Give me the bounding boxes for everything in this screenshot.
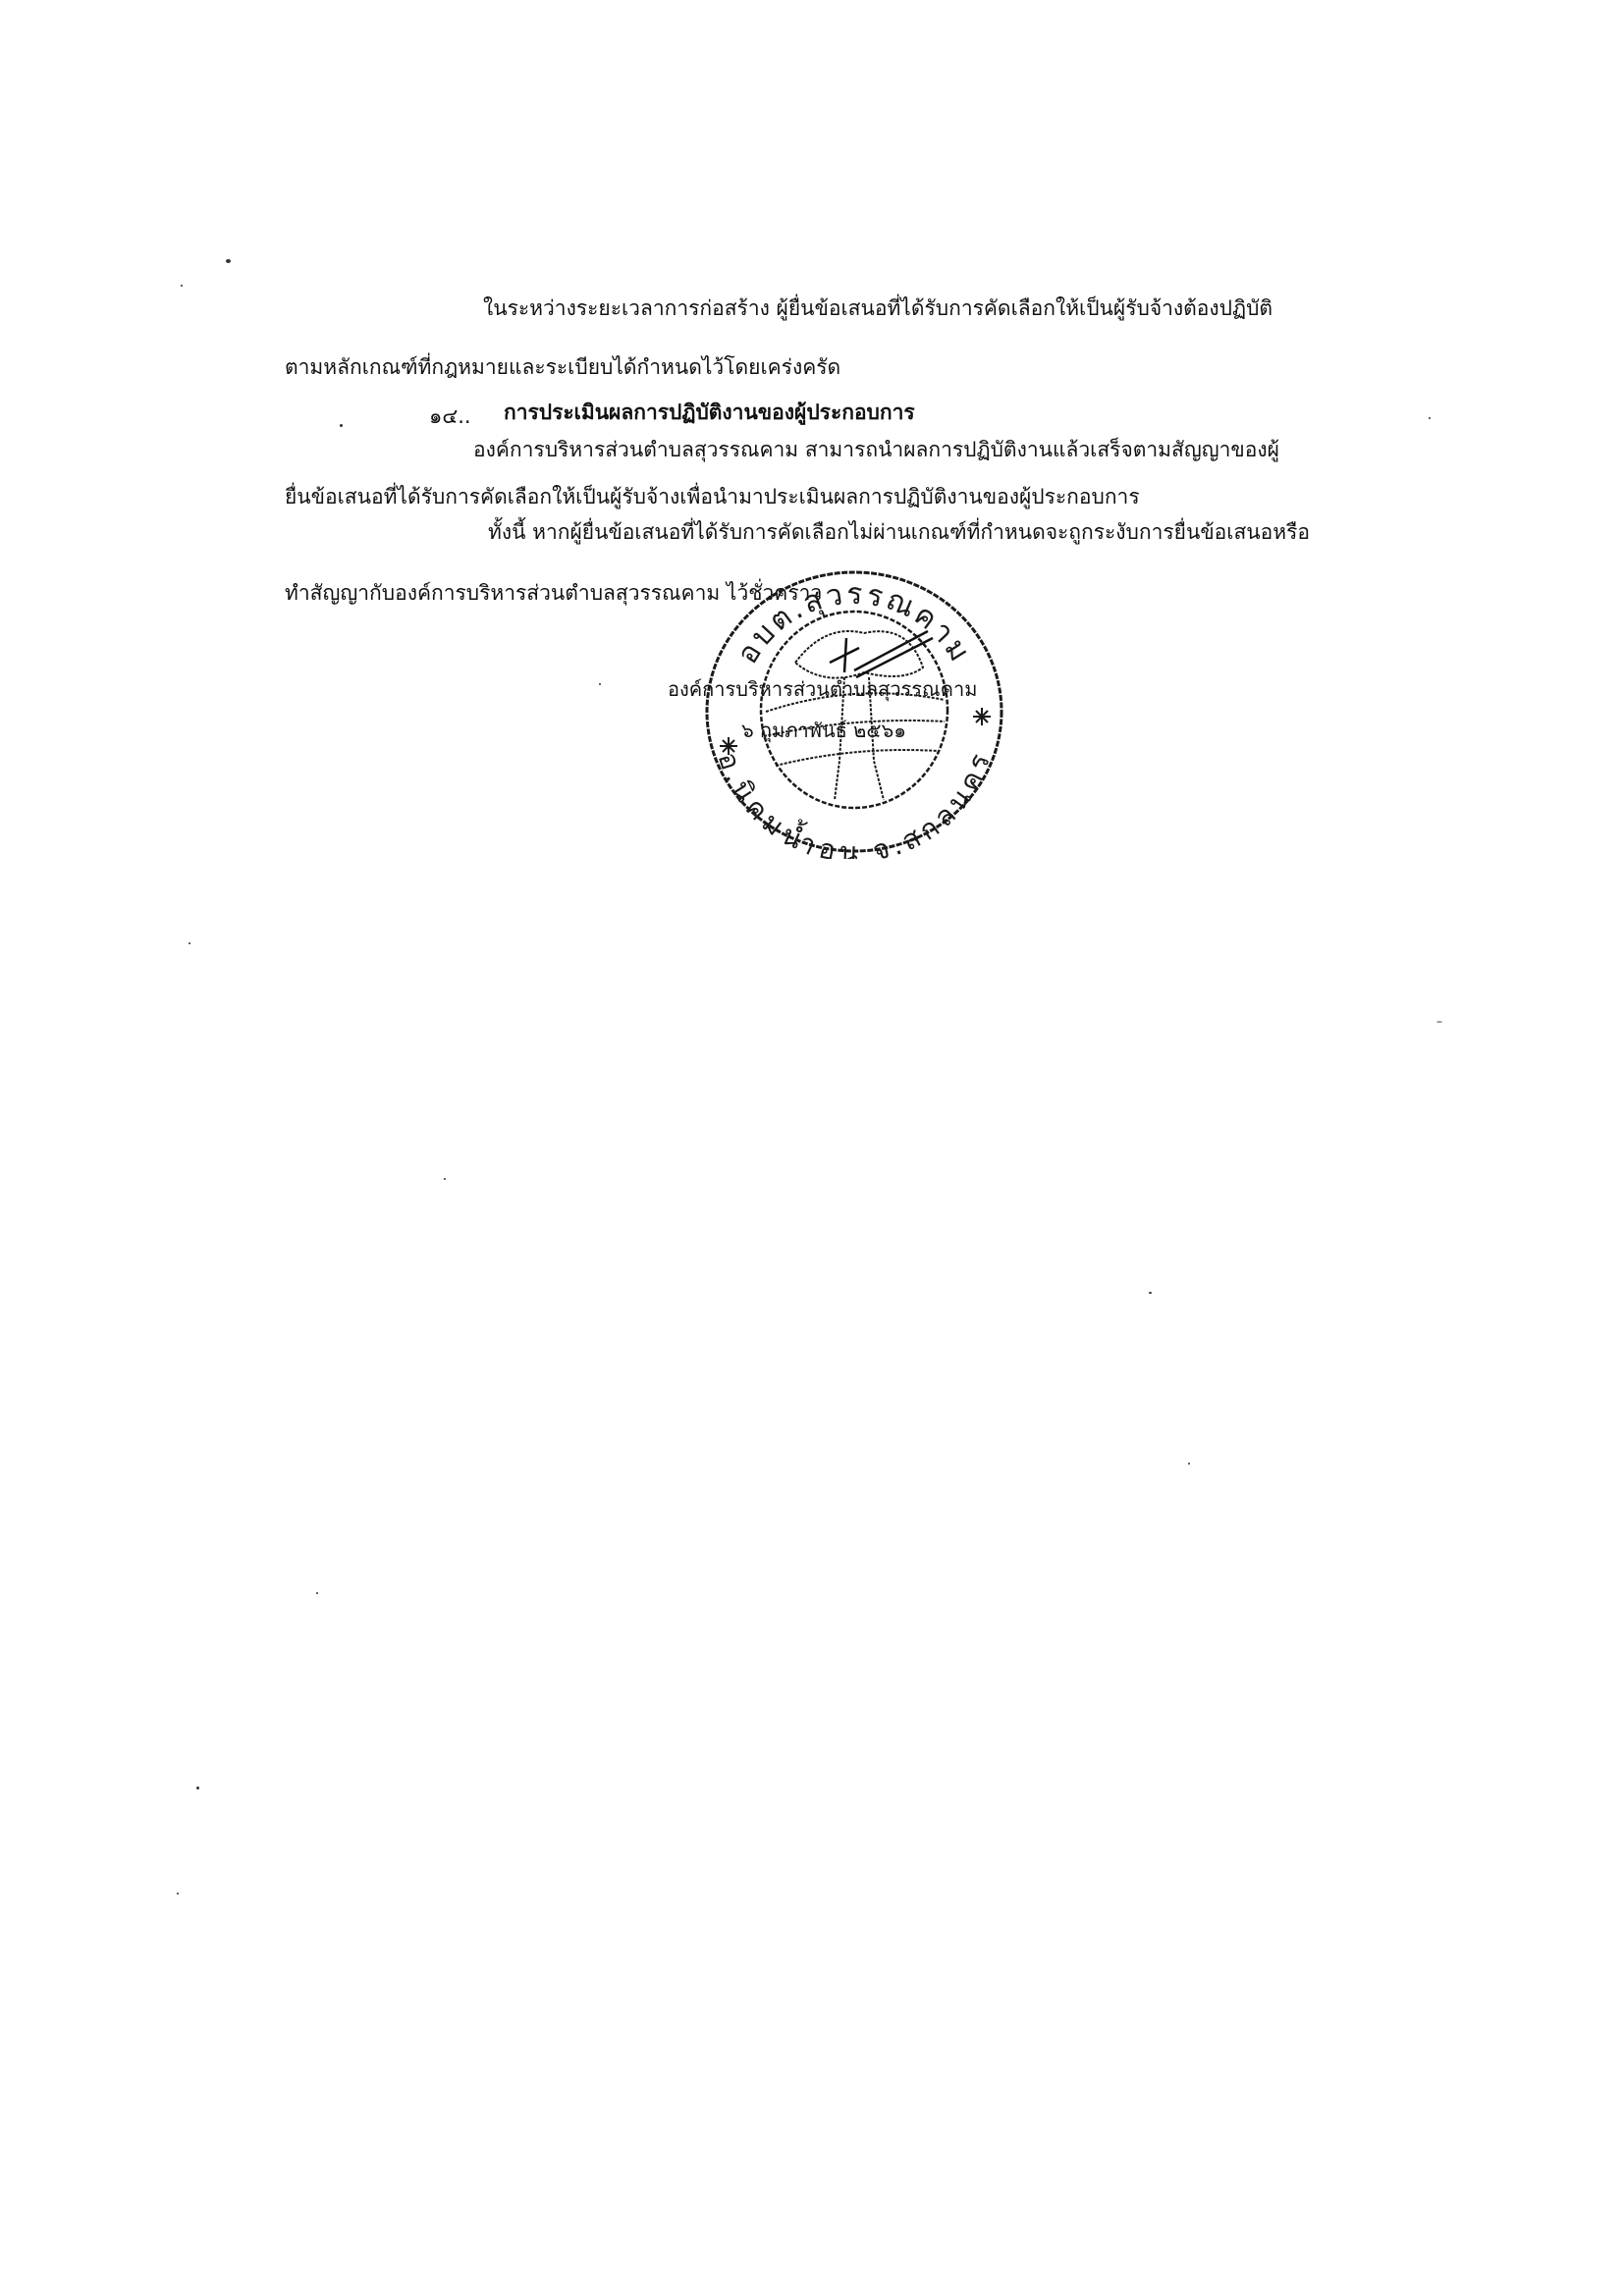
signature-organization: องค์การบริหารส่วนตำบลสุวรรณคาม — [668, 673, 977, 705]
section-paragraph-b-line-1: ทั้งนี้ หากผู้ยื่นข้อเสนอที่ได้รับการคัด… — [488, 518, 1310, 546]
scan-speck — [1429, 417, 1431, 419]
scan-speck — [1436, 1021, 1442, 1023]
signature-date: ๖ กุมภาพันธ์ ๒๕๖๑ — [741, 715, 906, 746]
svg-text:อ.นิคมน้ำอูน จ.สกลนคร: อ.นิคมน้ำอูน จ.สกลนคร — [712, 748, 998, 859]
section-paragraph-a-line-2: ยื่นข้อเสนอที่ได้รับการคัดเลือกให้เป็นผู… — [285, 483, 1140, 510]
scan-speck — [226, 259, 231, 263]
paragraph-1-line-2: ตามหลักเกณฑ์ที่กฎหมายและระเบียบได้กำหนดไ… — [285, 353, 840, 381]
scan-speck — [599, 683, 601, 685]
scan-speck — [444, 1178, 446, 1180]
scan-speck — [1149, 1292, 1152, 1294]
document-page: ในระหว่างระยะเวลาการก่อสร้าง ผู้ยื่นข้อเ… — [0, 0, 1624, 2296]
scan-speck — [189, 942, 190, 944]
section-title: การประเมินผลการปฏิบัติงานของผู้ประกอบการ — [504, 397, 915, 429]
section-paragraph-b-line-2: ทำสัญญากับองค์การบริหารส่วนตำบลสุวรรณคาม… — [285, 579, 822, 607]
section-number: ๑๔.. — [429, 400, 471, 433]
stamp-bottom-text: อ.นิคมน้ำอูน จ.สกลนคร — [712, 748, 998, 859]
scan-speck — [316, 1592, 318, 1594]
scan-speck — [196, 1787, 199, 1789]
scan-speck — [340, 424, 343, 427]
scan-speck — [181, 285, 183, 287]
scan-speck — [1188, 1463, 1190, 1465]
section-paragraph-a-line-1: องค์การบริหารส่วนตำบลสุวรรณคาม สามารถนำผ… — [473, 436, 1279, 463]
paragraph-1-line-1: ในระหว่างระยะเวลาการก่อสร้าง ผู้ยื่นข้อเ… — [483, 294, 1272, 322]
scan-speck — [177, 1893, 179, 1895]
